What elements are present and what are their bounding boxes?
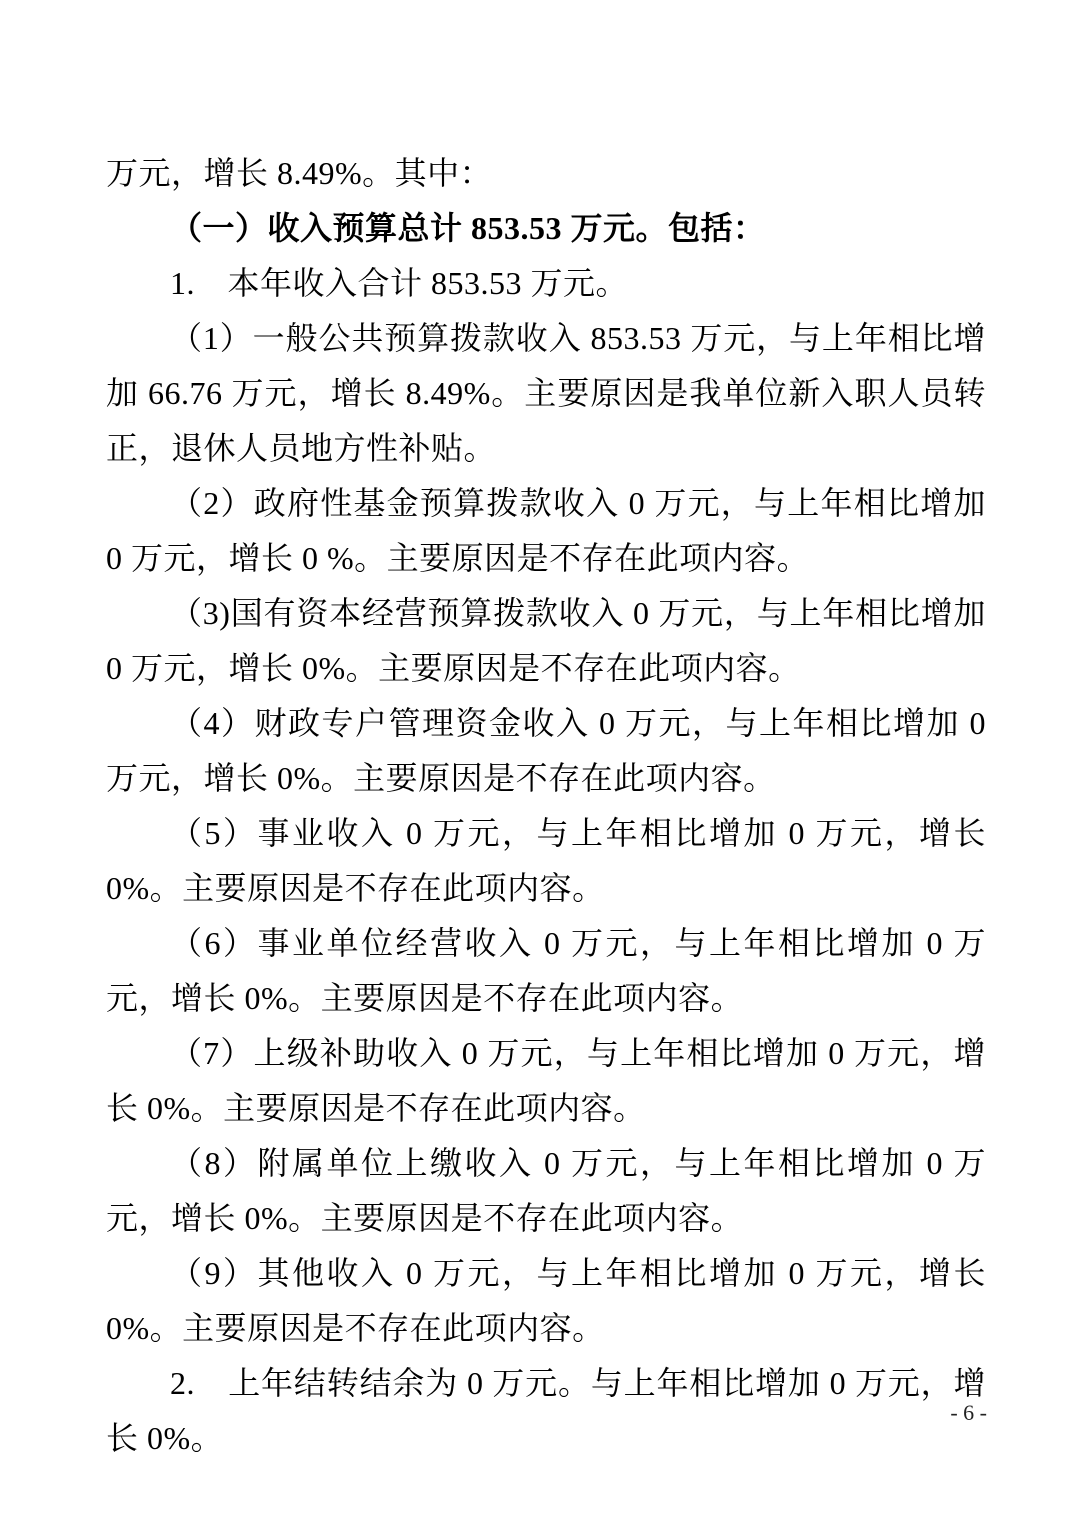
para-state-capital-budget: （3)国有资本经营预算拨款收入 0 万元，与上年相比增加 0 万元，增长 0%。… <box>106 586 986 696</box>
para-last-year-carryover: 2. 上年结转结余为 0 万元。与上年相比增加 0 万元，增长 0%。 <box>106 1356 986 1466</box>
heading-income-budget: （一）收入预算总计 853.53 万元。包括： <box>106 201 986 256</box>
para-superior-subsidy-income: （7）上级补助收入 0 万元，与上年相比增加 0 万元，增长 0%。主要原因是不… <box>106 1026 986 1136</box>
para-other-income: （9）其他收入 0 万元，与上年相比增加 0 万元，增长 0%。主要原因是不存在… <box>106 1246 986 1356</box>
para-business-operation-income: （6）事业单位经营收入 0 万元，与上年相比增加 0 万元，增长 0%。主要原因… <box>106 916 986 1026</box>
para-current-year-income: 1. 本年收入合计 853.53 万元。 <box>106 256 986 311</box>
para-fiscal-account-funds: （4）财政专户管理资金收入 0 万元，与上年相比增加 0 万元，增长 0%。主要… <box>106 696 986 806</box>
para-govt-fund-budget: （2）政府性基金预算拨款收入 0 万元，与上年相比增加 0 万元，增长 0 %。… <box>106 476 986 586</box>
para-affiliated-unit-income: （8）附属单位上缴收入 0 万元，与上年相比增加 0 万元，增长 0%。主要原因… <box>106 1136 986 1246</box>
page-number: - 6 - <box>950 1400 987 1426</box>
para-general-public-budget: （1）一般公共预算拨款收入 853.53 万元，与上年相比增加 66.76 万元… <box>106 311 986 476</box>
document-page: 万元，增长 8.49%。其中： （一）收入预算总计 853.53 万元。包括： … <box>0 0 1075 1520</box>
document-body: 万元，增长 8.49%。其中： （一）收入预算总计 853.53 万元。包括： … <box>106 146 986 1466</box>
para-business-income: （5）事业收入 0 万元，与上年相比增加 0 万元，增长 0%。主要原因是不存在… <box>106 806 986 916</box>
para-carryover-intro: 万元，增长 8.49%。其中： <box>106 146 986 201</box>
